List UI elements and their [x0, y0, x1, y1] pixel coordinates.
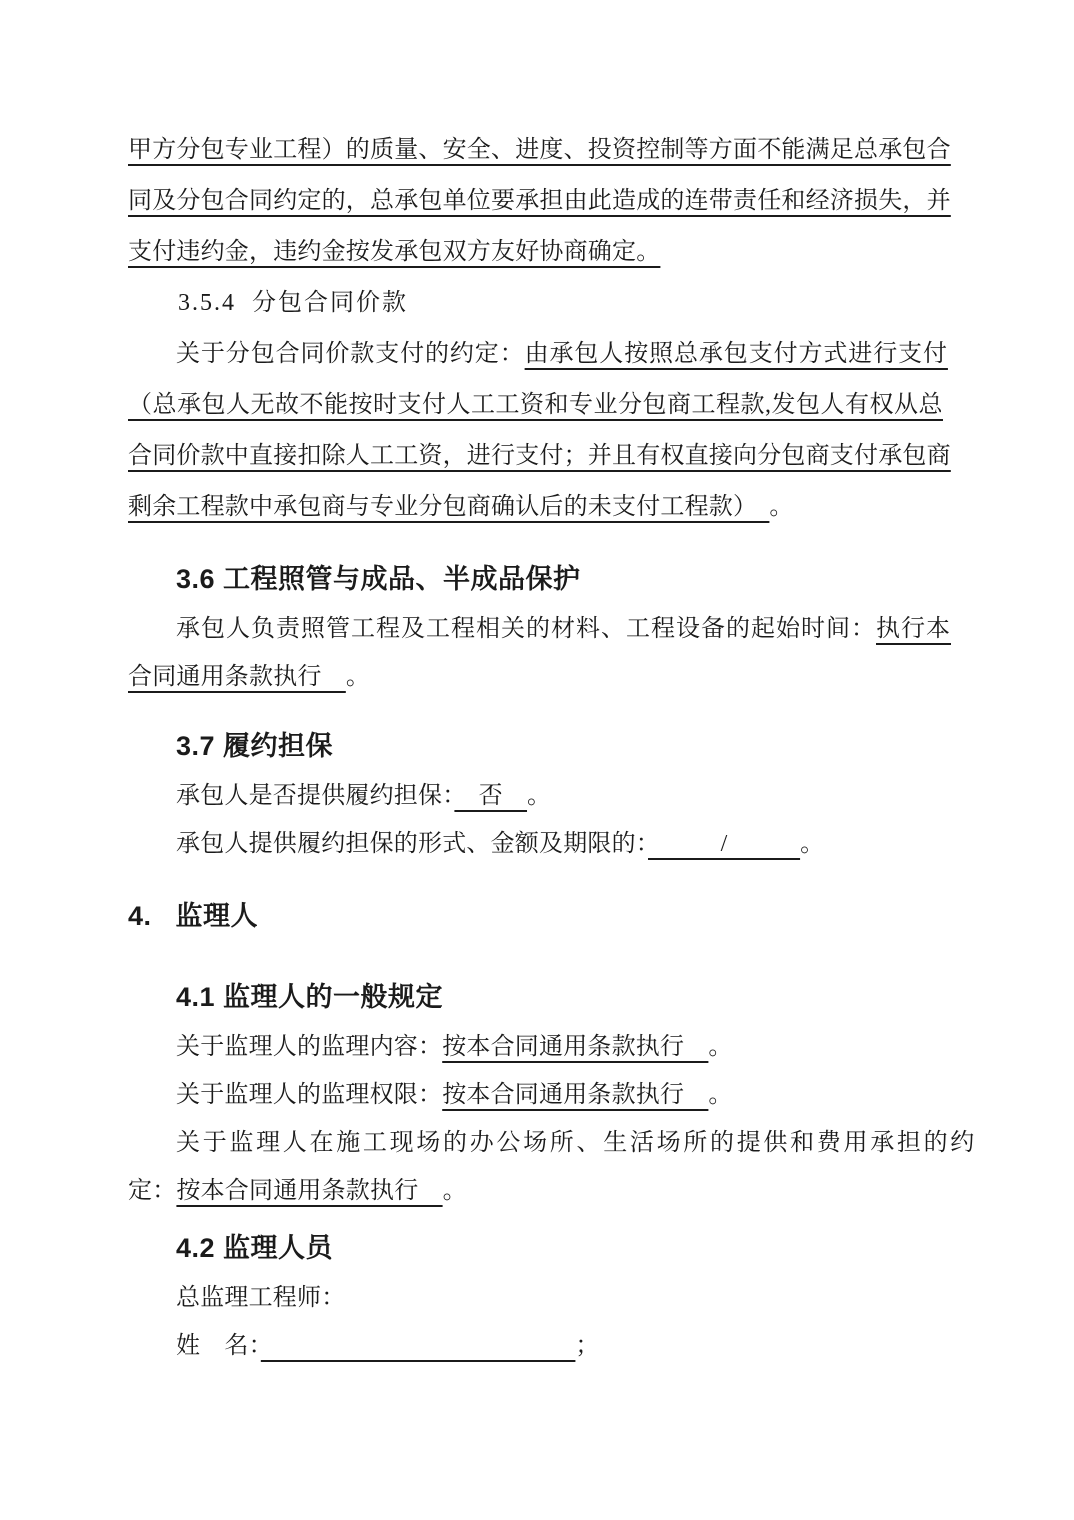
clause-line: （总承包人无故不能按时支付人工工资和专业分包商工程款,发包人有权从总	[128, 380, 952, 431]
clause-line: 定：按本合同通用条款执行 。	[128, 1167, 952, 1215]
clause-text: 关于监理人的监理内容：	[176, 1034, 442, 1060]
clause-text: 。	[443, 1178, 467, 1204]
clause-line: 同及分包合同约定的，总承包单位要承担由此造成的连带责任和经济损失，并	[128, 176, 952, 227]
clause-line: 姓 名： ；	[128, 1322, 952, 1370]
section-heading-4-1: 4.1 监理人的一般规定	[128, 972, 952, 1023]
section-heading-4-2: 4.2 监理人员	[128, 1223, 952, 1274]
filled-in-answer: 剩余工程款中承包商与专业分包商确认后的未支付工程款）	[128, 494, 769, 520]
clause-line: 承包人提供履约担保的形式、金额及期限的： / 。	[128, 820, 952, 868]
filled-in-answer: 按本合同通用条款执行	[176, 1178, 442, 1204]
fill-in-blank-bond-terms: /	[648, 831, 800, 857]
document-page: 甲方分包专业工程）的质量、安全、进度、投资控制等方面不能满足总承包合 同及分包合…	[0, 0, 1074, 1520]
clause-line: 合同通用条款执行 。	[128, 653, 952, 701]
clause-text: 总监理工程师：	[176, 1285, 345, 1311]
clause-text: 。	[346, 664, 370, 690]
clause-line: 合同价款中直接扣除人工工资，进行支付；并且有权直接向分包商支付承包商	[128, 431, 952, 482]
fill-in-blank-bond-answer: 否	[454, 783, 527, 809]
section-heading-3-6: 3.6 工程照管与成品、半成品保护	[128, 554, 952, 605]
section-heading-3-7: 3.7 履约担保	[128, 721, 952, 772]
clause-text: 承包人负责照管工程及工程相关的材料、工程设备的起始时间：	[176, 616, 876, 642]
clause-line: 关于监理人的监理内容：按本合同通用条款执行 。	[128, 1023, 952, 1071]
clause-text: 承包人是否提供履约担保：	[176, 783, 454, 809]
clause-line: 剩余工程款中承包商与专业分包商确认后的未支付工程款） 。	[128, 482, 952, 533]
clause-line: 支付违约金，违约金按发承包双方友好协商确定。	[128, 227, 952, 278]
clause-text: 定：	[128, 1178, 176, 1204]
fill-in-blank-name	[261, 1333, 576, 1359]
filled-in-answer: 按本合同通用条款执行	[442, 1082, 708, 1108]
filled-in-answer: 按本合同通用条款执行	[442, 1034, 708, 1060]
clause-text: 承包人提供履约担保的形式、金额及期限的：	[176, 831, 648, 857]
clause-line: 关于监理人在施工现场的办公场所、生活场所的提供和费用承担的约	[128, 1119, 952, 1167]
clause-line: 承包人是否提供履约担保： 否 。	[128, 772, 952, 820]
contract-body: 甲方分包专业工程）的质量、安全、进度、投资控制等方面不能满足总承包合 同及分包合…	[128, 0, 952, 1370]
clause-text: 关于分包合同价款支付的约定：	[176, 341, 525, 367]
clause-text: 关于监理人在施工现场的办公场所、生活场所的提供和费用承担的约	[176, 1130, 977, 1156]
clause-line: 关于监理人的监理权限：按本合同通用条款执行 。	[128, 1071, 952, 1119]
filled-in-answer: 合同通用条款执行	[128, 664, 346, 690]
clause-text: 。	[708, 1034, 732, 1060]
section-heading-3-5-4: 3.5.4 分包合同价款	[128, 278, 952, 329]
filled-in-answer: 由承包人按照总承包支付方式进行支付	[525, 341, 948, 367]
clause-line: 承包人负责照管工程及工程相关的材料、工程设备的起始时间：执行本	[128, 605, 952, 653]
filled-in-answer: 执行本	[876, 616, 951, 642]
clause-text: ；	[575, 1333, 599, 1359]
clause-text: 关于监理人的监理权限：	[176, 1082, 442, 1108]
clause-line: 总监理工程师：	[128, 1274, 952, 1322]
section-heading-4: 4. 监理人	[128, 891, 952, 942]
clause-text: 姓 名：	[176, 1333, 261, 1359]
clause-text: 。	[527, 783, 551, 809]
clause-text: 。	[769, 494, 793, 520]
clause-line: 关于分包合同价款支付的约定：由承包人按照总承包支付方式进行支付	[128, 329, 952, 380]
clause-text: 。	[800, 831, 824, 857]
clause-line: 甲方分包专业工程）的质量、安全、进度、投资控制等方面不能满足总承包合	[128, 125, 952, 176]
clause-text: 。	[708, 1082, 732, 1108]
